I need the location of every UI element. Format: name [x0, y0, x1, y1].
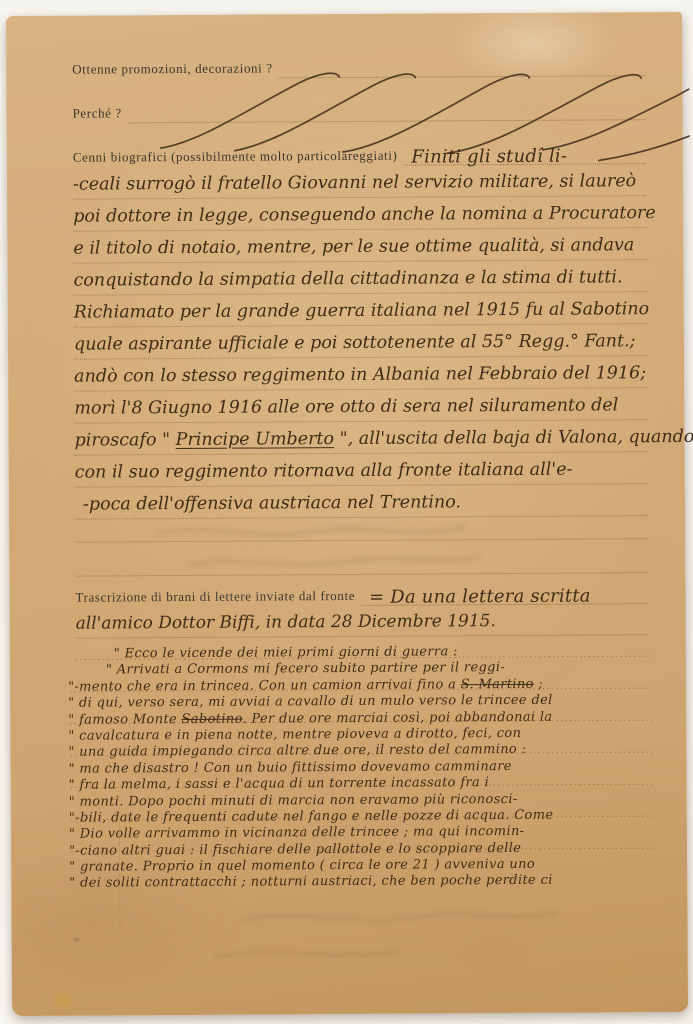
why-field-row: Perché ? — [72, 94, 645, 123]
why-field-label: Perché ? — [73, 105, 122, 123]
letter-line-pre: " famoso Monte — [68, 712, 181, 728]
censored-place-name: Sabotino — [181, 711, 242, 726]
transcription-intro-line2: all'amico Dottor Biffi, in data 28 Dicem… — [76, 604, 649, 638]
transcription-dotted-line: = Da una lettera scritta — [361, 569, 649, 606]
empty-ruled-line — [75, 516, 648, 542]
scan-background: Ottenne promozioni, decorazioni ? Perché… — [0, 0, 693, 1024]
bio-line: conquistando la simpatia della cittadina… — [73, 260, 646, 295]
paper-speck — [74, 938, 80, 942]
bio-line-piroscafo: piroscafo " Principe Umberto ", all'usci… — [74, 420, 647, 455]
bio-line: Richiamato per la grande guerra italiana… — [74, 292, 647, 327]
scanned-form-page: Ottenne promozioni, decorazioni ? Perché… — [6, 12, 688, 1016]
transcription-field-row: Trascrizione di brani di lettere inviate… — [75, 570, 648, 607]
bio-line: -poca dell'offensiva austriaca nel Trent… — [75, 484, 648, 519]
letter-line: " dei soliti contrattacchi ; notturni au… — [69, 872, 657, 892]
letter-handwriting-block: " Ecco le vicende dei miei primi giorni … — [68, 642, 657, 891]
biography-handwriting-block: -ceali surrogò il fratello Giovanni nel … — [73, 164, 648, 576]
bio-line: andò con lo stesso reggimento in Albania… — [74, 356, 647, 391]
promotions-dotted-answer-line — [278, 49, 645, 78]
why-dotted-answer-line — [128, 93, 646, 123]
biography-dotted-line: Finiti gli studî li- — [403, 131, 646, 165]
paper-stain — [610, 964, 634, 975]
bio-piroscafo-post: ", all'uscita della baja di Valona, quan… — [334, 427, 693, 449]
bio-line: poi dottore in legge, conseguendo anche … — [73, 196, 646, 231]
biography-field-label: Cenni biografici (possibilmente molto pa… — [73, 148, 398, 168]
bio-line: morì l'8 Giugno 1916 alle ore otto di se… — [74, 388, 647, 423]
transcription-intro-block: all'amico Dottor Biffi, in data 28 Dicem… — [76, 604, 649, 638]
promotions-field-row: Ottenne promozioni, decorazioni ? — [72, 50, 645, 79]
bio-line: con il suo reggimento ritornava alla fro… — [75, 452, 648, 487]
promotions-field-label: Ottenne promozioni, decorazioni ? — [72, 60, 272, 79]
bio-piroscafo-underlined-ship-name: Principe Umberto — [176, 429, 334, 450]
letter-line-post: ; — [534, 677, 543, 692]
bio-line: -ceali surrogò il fratello Giovanni nel … — [73, 164, 646, 199]
bio-line: quale aspirante ufficiale e poi sottoten… — [74, 324, 647, 359]
bio-piroscafo-pre: piroscafo " — [74, 430, 175, 451]
bio-line: e il titolo di notaio, mentre, per le su… — [73, 228, 646, 263]
transcription-field-label: Trascrizione di brani di lettere inviate… — [75, 588, 355, 608]
letter-line-post: . Per due ore marciai così, poi abbandon… — [242, 709, 552, 726]
biography-field-row: Cenni biografici (possibilmente molto pa… — [73, 132, 646, 167]
censored-place-name: S. Martino — [461, 677, 534, 692]
paper-stain — [54, 994, 72, 1007]
